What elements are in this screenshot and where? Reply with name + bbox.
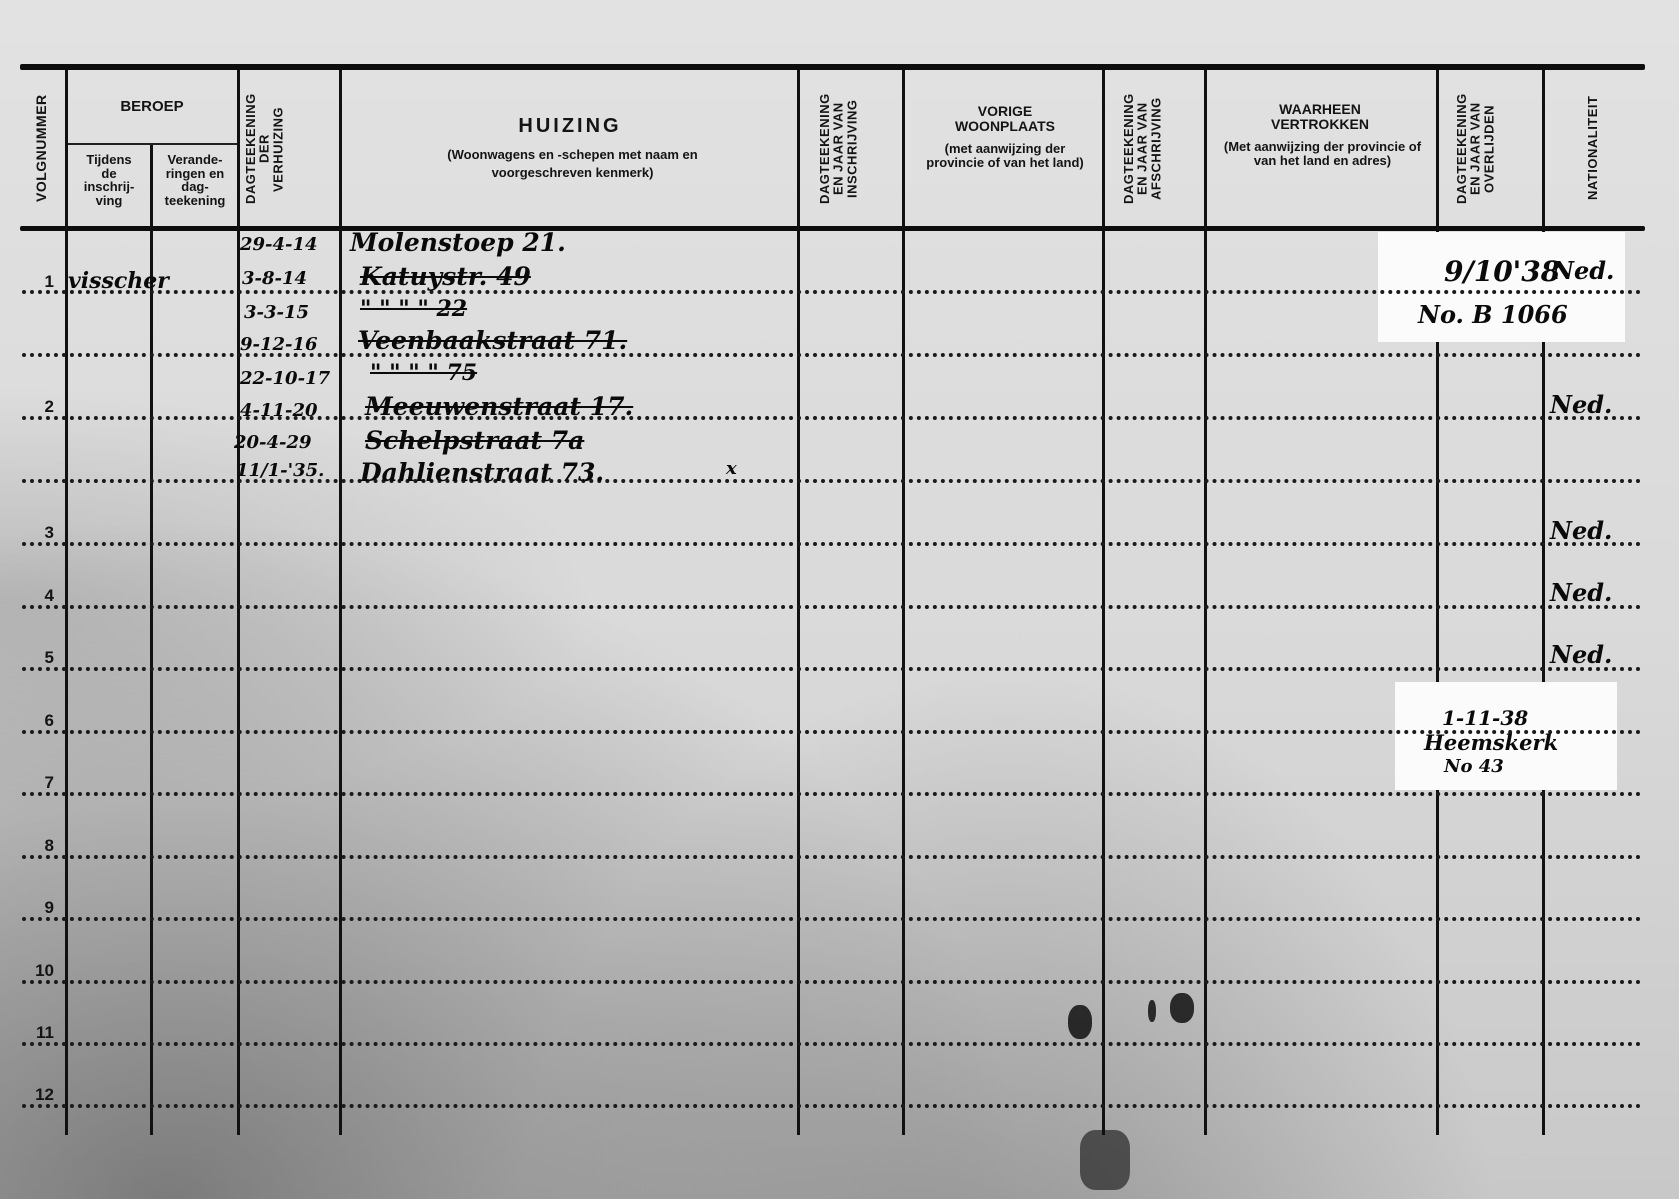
nationaliteit-entry: Ned. xyxy=(1552,256,1614,285)
header-huizing-sub: (Woonwagens en -schepen met naam en voor… xyxy=(400,146,745,181)
row-number: 10 xyxy=(24,961,54,981)
move-date: 20-4-29 xyxy=(234,432,312,453)
ink-stain xyxy=(1080,1130,1130,1190)
col-line-9 xyxy=(1436,70,1439,1135)
row-number: 4 xyxy=(24,586,54,606)
header-huizing: HUIZING xyxy=(345,116,795,137)
move-date: 3-8-14 xyxy=(242,268,307,289)
header-volgnummer: VOLGNUMMER xyxy=(34,78,49,218)
ink-stain xyxy=(1068,1005,1092,1039)
overlijden-date: 9/10'38 xyxy=(1444,255,1560,288)
col-line-1 xyxy=(65,70,68,1135)
header-line: AFSCHRIJVING xyxy=(1148,98,1163,201)
address-entry: Schelpstraat 7a xyxy=(365,426,584,455)
header-dagteekening-overlijden: DAGTEEKENING EN JAAR VAN OVERLIJDEN xyxy=(1455,74,1525,224)
move-date: 3-3-15 xyxy=(244,302,309,323)
header-vorige-woonplaats: VORIGE WOONPLAATS xyxy=(945,104,1065,133)
header-line: OVERLIJDEN xyxy=(1481,105,1496,193)
address-entry: " " " " 75 xyxy=(370,360,760,386)
address-entry: " " " " 22 xyxy=(360,296,650,322)
row-rule xyxy=(22,980,1642,984)
ink-stain xyxy=(1170,993,1194,1023)
header-bottom-rule xyxy=(20,226,1645,231)
move-date: 9-12-16 xyxy=(240,334,318,355)
header-dagteekening-afschrijving: DAGTEEKENING EN JAAR VAN AFSCHRIJVING xyxy=(1122,74,1192,224)
row-number: 3 xyxy=(24,523,54,543)
row-number: 6 xyxy=(24,711,54,731)
row-rule xyxy=(22,542,1642,546)
col-line-7 xyxy=(1102,70,1105,1135)
header-waarheen-vertrokken-sub: (Met aanwijzing der provincie of van het… xyxy=(1215,140,1430,167)
address-entry: Meeuwenstraat 17. xyxy=(365,392,633,421)
address-entry: Dahlienstraat 73. xyxy=(360,458,604,487)
move-date: 4-11-20 xyxy=(240,400,318,421)
header-line: VERHUIZING xyxy=(270,106,285,191)
top-rule xyxy=(20,64,1645,70)
row-number: 7 xyxy=(24,773,54,793)
header-beroep-veranderingen: Verande- ringen en dag- teekening xyxy=(154,153,236,208)
nationaliteit-entry: Ned. xyxy=(1550,640,1612,669)
overlijden-ref: No. B 1066 xyxy=(1418,300,1568,329)
header-dagteekening-verhuizing: DAGTEEKENING DER VERHUIZING xyxy=(244,74,334,224)
beroep-entry: visscher xyxy=(68,268,169,294)
row-rule xyxy=(22,1104,1642,1108)
col-line-4 xyxy=(339,70,342,1135)
row-number: 9 xyxy=(24,898,54,918)
move-date: 29-4-14 xyxy=(240,234,318,255)
row-rule xyxy=(22,605,1642,609)
row-rule xyxy=(22,792,1642,796)
row-number: 12 xyxy=(24,1085,54,1105)
address-mark: x xyxy=(726,458,737,479)
overlijden-ref: No 43 xyxy=(1444,756,1504,777)
row-number: 2 xyxy=(24,397,54,417)
col-line-6 xyxy=(902,70,905,1135)
row-rule xyxy=(22,730,1642,734)
overlijden-date: 1-11-38 xyxy=(1442,706,1528,730)
header-line: INSCHRIJVING xyxy=(844,100,859,198)
col-line-5 xyxy=(797,70,800,1135)
ink-stain xyxy=(1148,1000,1156,1022)
row-rule xyxy=(22,1042,1642,1046)
row-rule xyxy=(22,290,1642,294)
move-date: 11/1-'35. xyxy=(236,460,324,481)
header-dagteekening-inschrijving: DAGTEEKENING EN JAAR VAN INSCHRIJVING xyxy=(818,74,888,224)
col-line-3 xyxy=(237,70,240,1135)
address-entry: Katuystr. 49 xyxy=(360,262,531,291)
nationaliteit-entry: Ned. xyxy=(1550,390,1612,419)
row-rule xyxy=(22,917,1642,921)
move-date: 22-10-17 xyxy=(240,368,330,389)
nationaliteit-entry: Ned. xyxy=(1550,516,1612,545)
row-number: 1 xyxy=(24,272,54,292)
header-beroep: BEROEP xyxy=(68,99,236,115)
row-number: 11 xyxy=(24,1023,54,1043)
col-line-8 xyxy=(1204,70,1207,1135)
overlijden-place: Heemskerk xyxy=(1424,730,1558,755)
header-waarheen-vertrokken: WAARHEEN VERTROKKEN xyxy=(1255,102,1385,131)
address-entry: Veenbaakstraat 71. xyxy=(358,326,627,355)
header-vorige-woonplaats-sub: (met aanwijzing der provincie of van het… xyxy=(915,142,1095,169)
register-card: VOLGNUMMER BEROEP Tijdens de inschrij- v… xyxy=(0,0,1679,1199)
header-nationaliteit: NATIONALITEIT xyxy=(1586,78,1600,218)
col-line-10 xyxy=(1542,70,1545,1135)
row-number: 5 xyxy=(24,648,54,668)
row-rule xyxy=(22,855,1642,859)
address-entry: Molenstoep 21. xyxy=(350,228,566,257)
nationaliteit-entry: Ned. xyxy=(1550,578,1612,607)
row-rule xyxy=(22,667,1642,671)
row-number: 8 xyxy=(24,836,54,856)
header-beroep-tijdens: Tijdens de inschrij- ving xyxy=(72,153,146,208)
